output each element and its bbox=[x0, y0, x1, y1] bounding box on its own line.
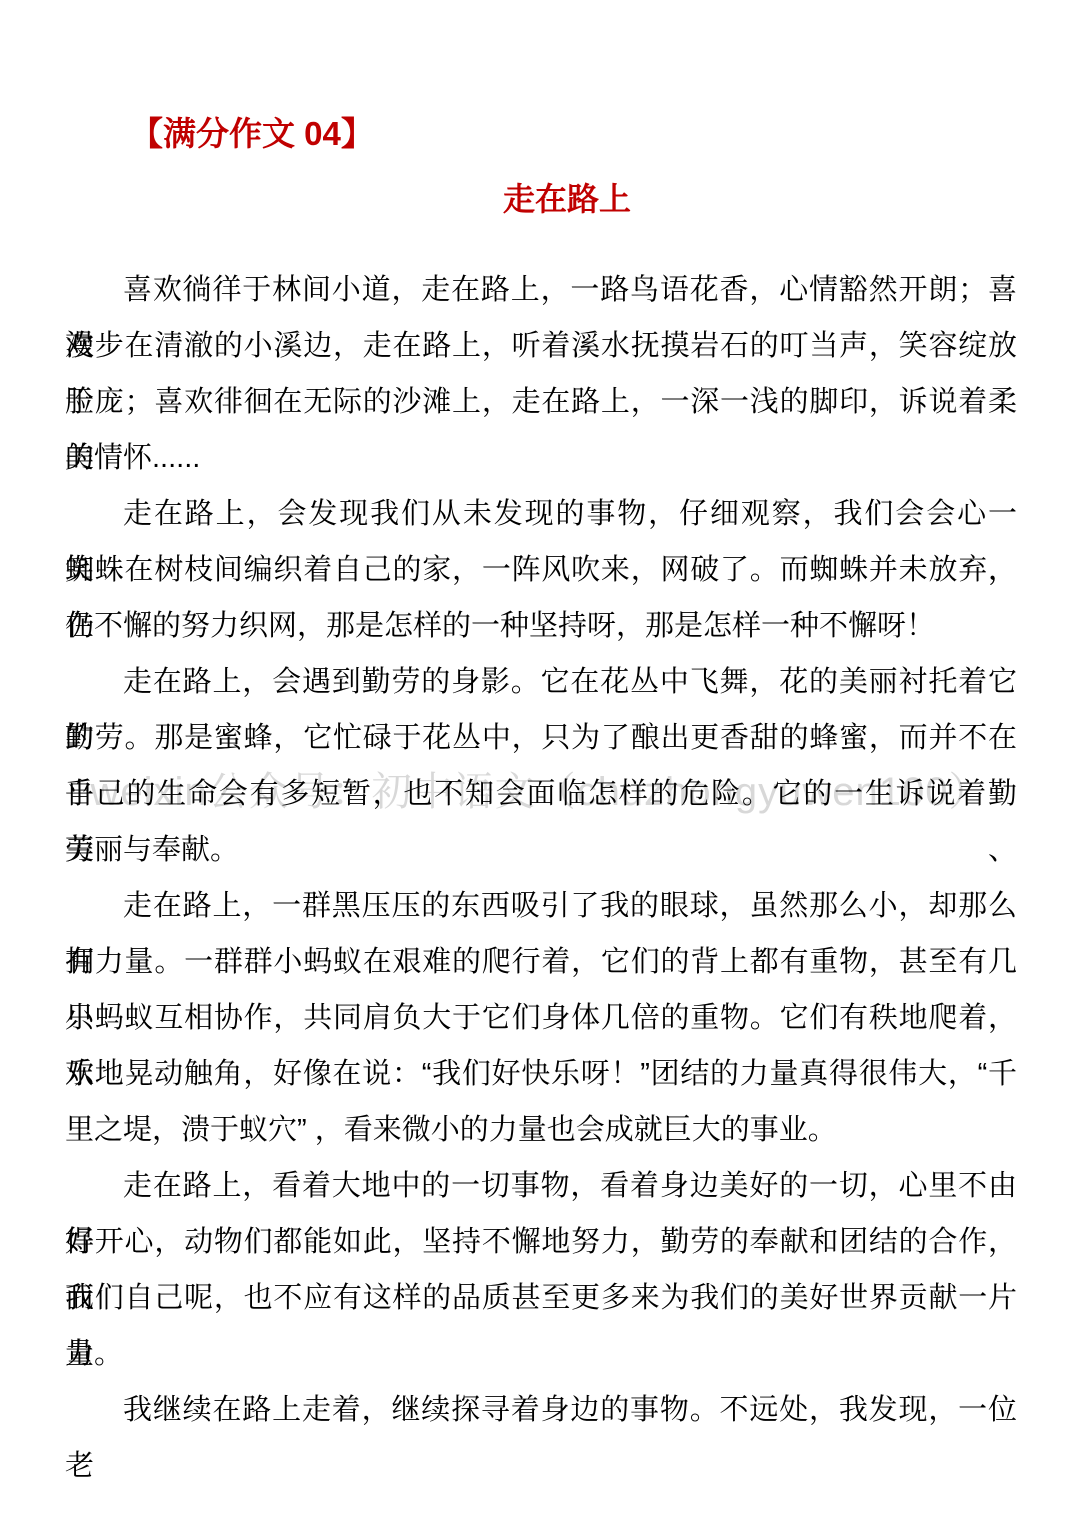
essay-line: 脸庞；喜欢徘徊在无际的沙滩上，走在路上，一深一浅的脚印，诉说着柔美 bbox=[65, 374, 1017, 430]
essay-line: 量。 bbox=[65, 1326, 1017, 1382]
essay-paragraph: 走在路上，一群黑压压的东西吸引了我的眼球，虽然那么小，却那么拥有力量。一群群小蚂… bbox=[65, 878, 1017, 1158]
essay-line: 蜘蛛在树枝间编织着自己的家，一阵风吹来，网破了。而蜘蛛并未放弃，仍 bbox=[65, 542, 1017, 598]
essay-line: 乐地晃动触角，好像在说：“我们好快乐呀！”团结的力量真得很伟大，“千 bbox=[65, 1046, 1017, 1102]
essay-body: 喜欢徜徉于林间小道，走在路上，一路鸟语花香，心情豁然开朗；喜欢漫步在清澈的小溪边… bbox=[65, 262, 1017, 1438]
essay-line: 喜欢徜徉于林间小道，走在路上，一路鸟语花香，心情豁然开朗；喜欢 bbox=[65, 262, 1017, 318]
essay-line: 走在路上，看着大地中的一切事物，看着身边美好的一切，心里不由得 bbox=[65, 1158, 1017, 1214]
essay-paragraph: 走在路上，会遇到勤劳的身影。它在花丛中飞舞，花的美丽衬托着它的勤劳。那是蜜蜂，它… bbox=[65, 654, 1017, 878]
essay-title: 走在路上 bbox=[91, 174, 1043, 220]
document-page: 【满分作文 04】 走在路上 weixin公众号：初中语文（chuzhongyu… bbox=[0, 0, 1080, 1528]
essay-line: 我们自己呢，也不应有这样的品质甚至更多来为我们的美好世界贡献一片力 bbox=[65, 1270, 1017, 1326]
essay-line: 好开心，动物们都能如此，坚持不懈地努力，勤劳的奉献和团结的合作，而 bbox=[65, 1214, 1017, 1270]
essay-line: 我继续在路上走着，继续探寻着身边的事物。不远处，我发现，一位老 bbox=[65, 1382, 1017, 1438]
essay-line: 自己的生命会有多短暂，也不知会面临怎样的危险。它的一生诉说着勤劳、 bbox=[65, 766, 1017, 822]
essay-line: 走在路上，会遇到勤劳的身影。它在花丛中飞舞，花的美丽衬托着它的 bbox=[65, 654, 1017, 710]
essay-line: 走在路上，会发现我们从未发现的事物，仔细观察，我们会会心一笑， bbox=[65, 486, 1017, 542]
essay-line: 在不懈的努力织网，那是怎样的一种坚持呀，那是怎样一种不懈呀！ bbox=[65, 598, 1017, 654]
section-label: 【满分作文 04】 bbox=[130, 108, 374, 155]
essay-line: 的情怀...... bbox=[65, 430, 1017, 486]
essay-paragraph: 走在路上，会发现我们从未发现的事物，仔细观察，我们会会心一笑，蜘蛛在树枝间编织着… bbox=[65, 486, 1017, 654]
essay-paragraph: 喜欢徜徉于林间小道，走在路上，一路鸟语花香，心情豁然开朗；喜欢漫步在清澈的小溪边… bbox=[65, 262, 1017, 486]
essay-paragraph: 我继续在路上走着，继续探寻着身边的事物。不远处，我发现，一位老 bbox=[65, 1382, 1017, 1438]
essay-line: 勤劳。那是蜜蜂，它忙碌于花丛中，只为了酿出更香甜的蜂蜜，而并不在乎 bbox=[65, 710, 1017, 766]
essay-line: 漫步在清澈的小溪边，走在路上，听着溪水抚摸岩石的叮当声，笑容绽放于 bbox=[65, 318, 1017, 374]
essay-line: 有力量。一群群小蚂蚁在艰难的爬行着，它们的背上都有重物，甚至有几只 bbox=[65, 934, 1017, 990]
essay-line: 走在路上，一群黑压压的东西吸引了我的眼球，虽然那么小，却那么拥 bbox=[65, 878, 1017, 934]
essay-line: 里之堤，溃于蚁穴” ，看来微小的力量也会成就巨大的事业。 bbox=[65, 1102, 1017, 1158]
essay-line: 小蚂蚁互相协作，共同肩负大于它们身体几倍的重物。它们有秩地爬着，欢 bbox=[65, 990, 1017, 1046]
essay-paragraph: 走在路上，看着大地中的一切事物，看着身边美好的一切，心里不由得好开心，动物们都能… bbox=[65, 1158, 1017, 1382]
